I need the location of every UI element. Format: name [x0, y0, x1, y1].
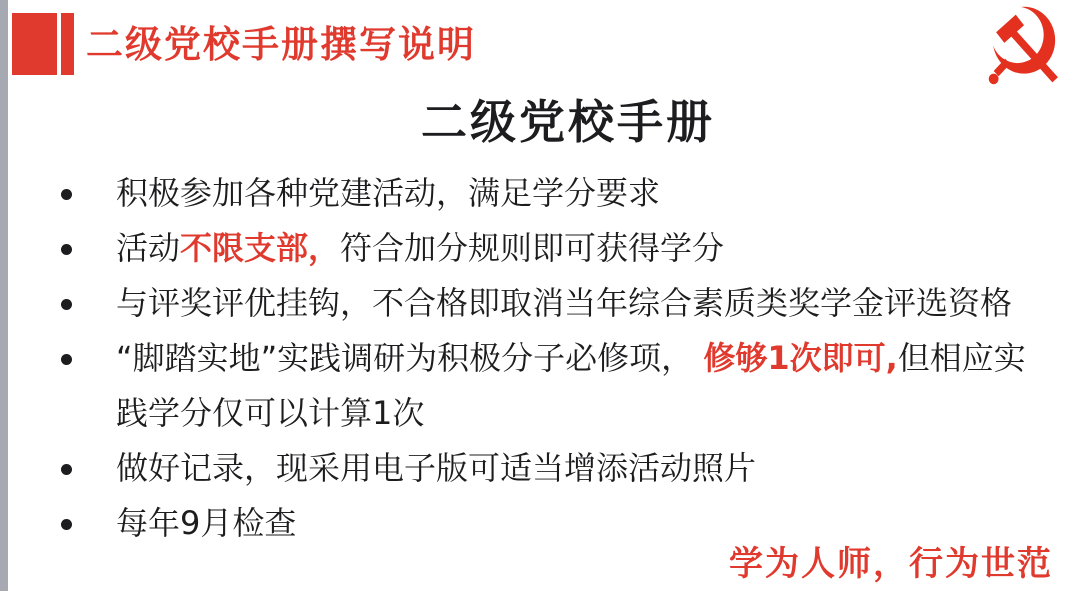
party-emblem-icon: [983, 5, 1065, 93]
footer-slogan: 学为人师，行为世范: [729, 544, 1053, 584]
header-accent-bar: [61, 13, 74, 75]
highlighted-text: 修够1次即可,: [703, 339, 897, 377]
bullet-list: 积极参加各种党建活动，满足学分要求活动不限支部，符合加分规则即可获得学分与评奖评…: [50, 166, 1040, 551]
bullet-text: 符合加分规则即可获得学分: [340, 229, 724, 267]
list-item: 做好记录，现采用电子版可适当增添活动照片: [50, 441, 1040, 496]
list-item: 积极参加各种党建活动，满足学分要求: [50, 166, 1040, 221]
header-title: 二级党校手册撰写说明: [86, 25, 476, 65]
list-item: 与评奖评优挂钩，不合格即取消当年综合素质类奖学金评选资格: [50, 276, 1040, 331]
bullet-text: 做好记录，现采用电子版可适当增添活动照片: [116, 449, 756, 487]
bullet-text: 积极参加各种党建活动，满足学分要求: [116, 174, 660, 212]
left-edge-strip: [0, 0, 8, 591]
list-item: “脚踏实地”实践调研为积极分子必修项， 修够1次即可,但相应实 践学分仅可以计算…: [50, 331, 1040, 441]
highlighted-text: 不限支部，: [180, 229, 340, 267]
slide-title: 二级党校手册: [0, 97, 1080, 147]
list-item: 每年9月检查: [50, 496, 1040, 551]
bullet-text: 每年9月检查: [116, 504, 296, 542]
bullet-text: 活动: [116, 229, 180, 267]
bullet-text: 与评奖评优挂钩，不合格即取消当年综合素质类奖学金评选资格: [116, 284, 1012, 322]
list-item: 活动不限支部，符合加分规则即可获得学分: [50, 221, 1040, 276]
bullet-text: “脚踏实地”实践调研为积极分子必修项，: [116, 339, 703, 377]
header-accent-square: [12, 13, 57, 75]
